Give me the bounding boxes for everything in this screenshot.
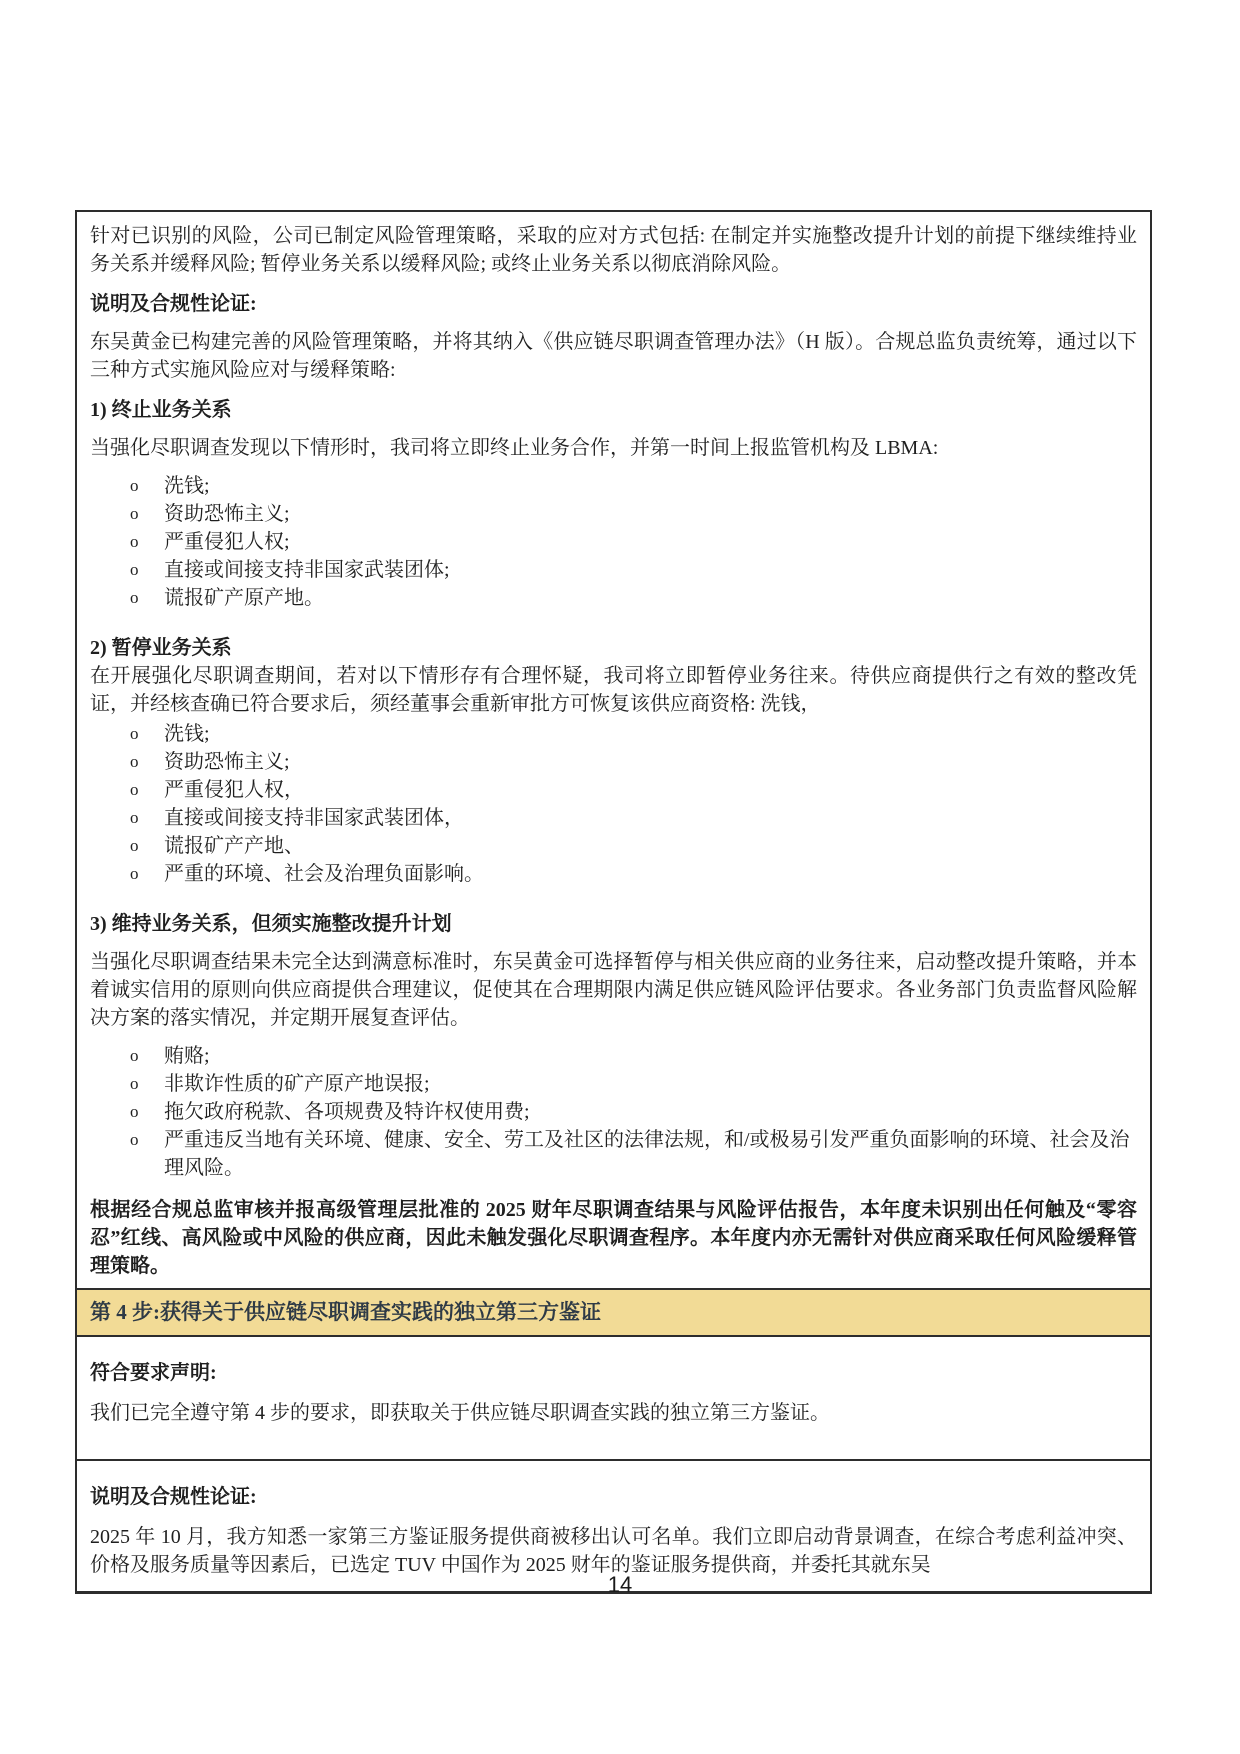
list-item: o严重侵犯人权; — [130, 528, 1137, 556]
list-item: o严重违反当地有关环境、健康、安全、劳工及社区的法律法规，和/或极易引发严重负面… — [130, 1126, 1137, 1182]
compliance-paragraph: 我们已完全遵守第 4 步的要求，即获取关于供应链尽职调查实践的独立第三方鉴证。 — [90, 1399, 1137, 1427]
list-item-text: 谎报矿产产地、 — [164, 832, 1137, 860]
bullet-marker: o — [130, 472, 164, 500]
bullet-marker: o — [130, 860, 164, 888]
list-item-text: 贿赂; — [164, 1042, 1137, 1070]
list-item-text: 非欺诈性质的矿产原产地误报; — [164, 1070, 1137, 1098]
subsection-2-bullet-list: o洗钱; o资助恐怖主义; o严重侵犯人权， o直接或间接支持非国家武装团体， … — [90, 720, 1137, 888]
list-item-text: 严重侵犯人权， — [164, 776, 1137, 804]
list-item: o洗钱; — [130, 472, 1137, 500]
list-item-text: 资助恐怖主义; — [164, 748, 1137, 776]
due-diligence-report-table: 针对已识别的风险，公司已制定风险管理策略，采取的应对方式包括: 在制定并实施整改… — [75, 210, 1152, 1594]
page-number: 14 — [0, 1572, 1240, 1598]
subsection-2-paragraph: 在开展强化尽职调查期间，若对以下情形存有合理怀疑，我司将立即暂停业务往来。待供应… — [90, 662, 1137, 718]
bullet-marker: o — [130, 528, 164, 556]
list-item: o谎报矿产原产地。 — [130, 584, 1137, 612]
compliance-heading: 符合要求声明: — [90, 1359, 1137, 1387]
subsection-1-bullet-list: o洗钱; o资助恐怖主义; o严重侵犯人权; o直接或间接支持非国家武装团体; … — [90, 472, 1137, 612]
bullet-marker: o — [130, 500, 164, 528]
bullet-marker: o — [130, 1042, 164, 1070]
bullet-marker: o — [130, 1098, 164, 1126]
subsection-1-paragraph: 当强化尽职调查发现以下情形时，我司将立即终止业务合作，并第一时间上报监管机构及 … — [90, 434, 1137, 462]
list-item-text: 严重违反当地有关环境、健康、安全、劳工及社区的法律法规，和/或极易引发严重负面影… — [164, 1126, 1137, 1182]
list-item-text: 严重的环境、社会及治理负面影响。 — [164, 860, 1137, 888]
step4-compliance-section: 符合要求声明: 我们已完全遵守第 4 步的要求，即获取关于供应链尽职调查实践的独… — [77, 1337, 1150, 1459]
document-page: 针对已识别的风险，公司已制定风险管理策略，采取的应对方式包括: 在制定并实施整改… — [0, 0, 1240, 1754]
subsection-3-heading: 3) 维持业务关系，但须实施整改提升计划 — [90, 910, 1137, 938]
list-item: o直接或间接支持非国家武装团体; — [130, 556, 1137, 584]
subsection-3-paragraph: 当强化尽职调查结果未完全达到满意标准时，东吴黄金可选择暂停与相关供应商的业务往来… — [90, 948, 1137, 1032]
list-item-text: 洗钱; — [164, 472, 1137, 500]
list-item: o资助恐怖主义; — [130, 748, 1137, 776]
list-item: o洗钱; — [130, 720, 1137, 748]
list-item: o严重的环境、社会及治理负面影响。 — [130, 860, 1137, 888]
list-item-text: 直接或间接支持非国家武装团体， — [164, 804, 1137, 832]
list-item: o直接或间接支持非国家武装团体， — [130, 804, 1137, 832]
list-item: o谎报矿产产地、 — [130, 832, 1137, 860]
list-item-text: 拖欠政府税款、各项规费及特许权使用费; — [164, 1098, 1137, 1126]
risk-conclusion-paragraph: 根据经合规总监审核并报高级管理层批准的 2025 财年尽职调查结果与风险评估报告… — [90, 1196, 1137, 1280]
subsection-2-heading: 2) 暂停业务关系 — [90, 634, 1137, 662]
risk-intro-paragraph: 针对已识别的风险，公司已制定风险管理策略，采取的应对方式包括: 在制定并实施整改… — [90, 222, 1137, 278]
bullet-marker: o — [130, 720, 164, 748]
bullet-marker: o — [130, 748, 164, 776]
list-item: o贿赂; — [130, 1042, 1137, 1070]
list-item: o严重侵犯人权， — [130, 776, 1137, 804]
justification-heading: 说明及合规性论证: — [90, 290, 1137, 318]
bullet-marker: o — [130, 556, 164, 584]
list-item-text: 谎报矿产原产地。 — [164, 584, 1137, 612]
list-item: o非欺诈性质的矿产原产地误报; — [130, 1070, 1137, 1098]
list-item-text: 资助恐怖主义; — [164, 500, 1137, 528]
list-item-text: 直接或间接支持非国家武装团体; — [164, 556, 1137, 584]
bullet-marker: o — [130, 1126, 164, 1154]
subsection-3-bullet-list: o贿赂; o非欺诈性质的矿产原产地误报; o拖欠政府税款、各项规费及特许权使用费… — [90, 1042, 1137, 1182]
list-item-text: 严重侵犯人权; — [164, 528, 1137, 556]
list-item: o资助恐怖主义; — [130, 500, 1137, 528]
justification-heading-2: 说明及合规性论证: — [90, 1483, 1137, 1511]
subsection-1-heading: 1) 终止业务关系 — [90, 396, 1137, 424]
strategy-intro-paragraph: 东吴黄金已构建完善的风险管理策略，并将其纳入《供应链尽职调查管理办法》（H 版）… — [90, 328, 1137, 384]
bullet-marker: o — [130, 804, 164, 832]
bullet-marker: o — [130, 584, 164, 612]
risk-management-section: 针对已识别的风险，公司已制定风险管理策略，采取的应对方式包括: 在制定并实施整改… — [77, 212, 1150, 1288]
bullet-marker: o — [130, 832, 164, 860]
bullet-marker: o — [130, 1070, 164, 1098]
justification-paragraph: 2025 年 10 月，我方知悉一家第三方鉴证服务提供商被移出认可名单。我们立即… — [90, 1523, 1137, 1579]
bullet-marker: o — [130, 776, 164, 804]
step4-header-text: 第 4 步:获得关于供应链尽职调查实践的独立第三方鉴证 — [90, 1300, 601, 1324]
list-item: o拖欠政府税款、各项规费及特许权使用费; — [130, 1098, 1137, 1126]
step4-header-row: 第 4 步:获得关于供应链尽职调查实践的独立第三方鉴证 — [77, 1288, 1150, 1337]
list-item-text: 洗钱; — [164, 720, 1137, 748]
